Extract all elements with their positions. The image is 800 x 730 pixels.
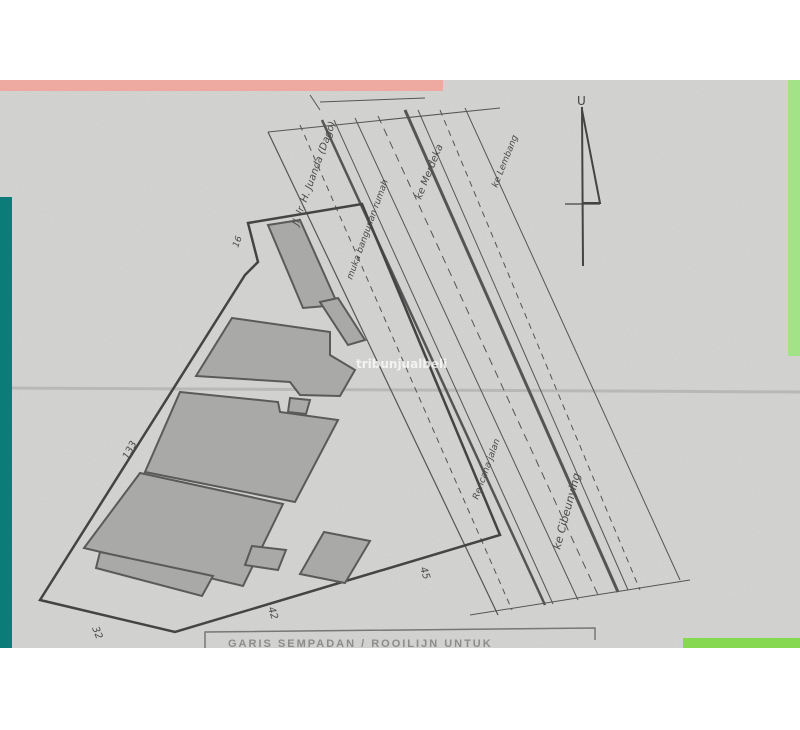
accent-bar-left	[0, 197, 12, 648]
accent-bar-bottom	[683, 638, 800, 648]
caption-text: GARIS SEMPADAN / ROOILIJN UNTUK	[228, 638, 493, 648]
accent-bar-right	[788, 80, 800, 356]
site-plan-drawing: U Jl. Ir. H. Juanda (Dago) ke Merdeka ke…	[0, 80, 800, 648]
accent-bar-top	[0, 80, 443, 91]
site-plan-scan: U Jl. Ir. H. Juanda (Dago) ke Merdeka ke…	[0, 80, 800, 648]
north-label: U	[577, 94, 586, 108]
watermark: tribunjualbeli	[356, 357, 447, 371]
